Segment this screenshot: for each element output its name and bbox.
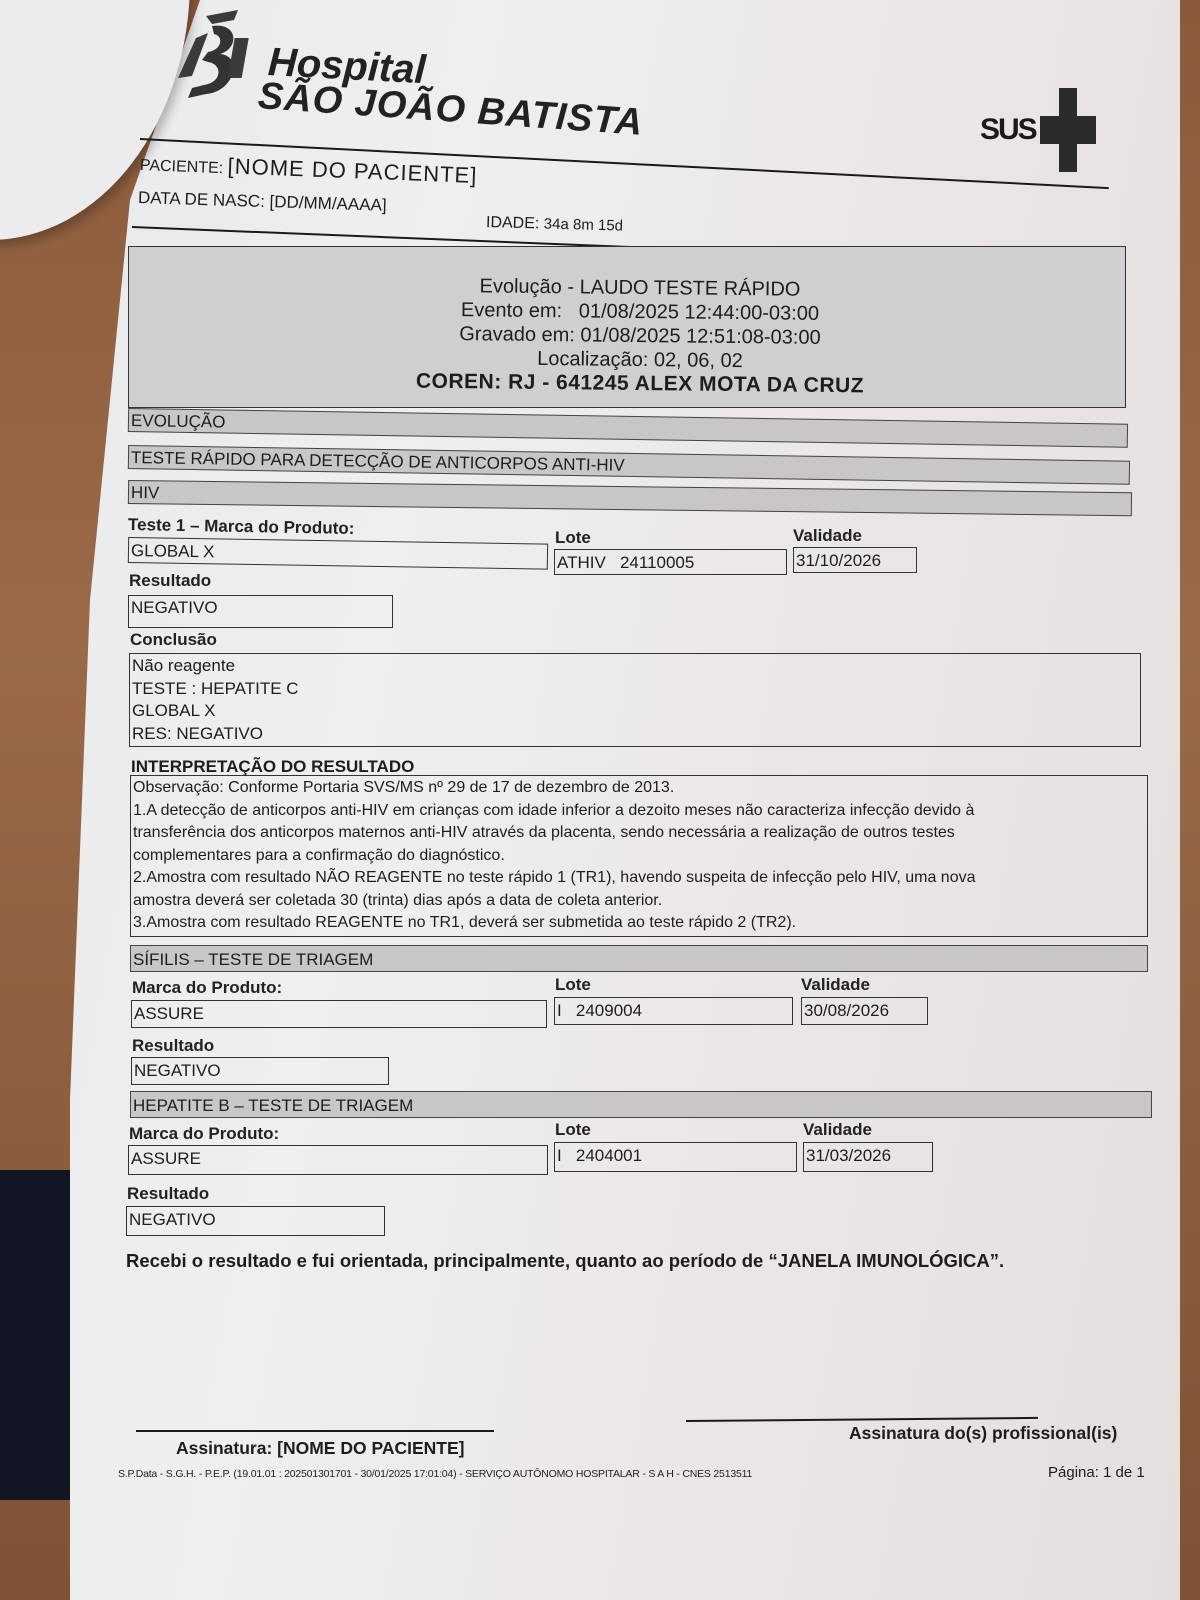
syphilis-brand-label: Marca do Produto:	[132, 978, 282, 998]
test1-result-label: Resultado	[129, 571, 211, 591]
interpretation-line: 3.Amostra com resultado REAGENTE no TR1,…	[133, 912, 1145, 935]
test1-result-field: NEGATIVO	[128, 595, 393, 628]
interpretation-line: 1.A detecção de anticorpos anti-HIV em c…	[133, 800, 1145, 823]
section-hepatitis-b: HEPATITE B – TESTE DE TRIAGEM	[130, 1091, 1152, 1118]
section-hiv: HIV	[128, 480, 1132, 516]
conclusion-line: RES: NEGATIVO	[132, 723, 1138, 746]
hepb-brand-field: ASSURE	[128, 1145, 548, 1175]
syphilis-lot-field: I 2409004	[554, 997, 793, 1025]
syphilis-expiry-field: 30/08/2026	[801, 997, 928, 1025]
event-details: Evolução - LAUDO TESTE RÁPIDO Evento em:…	[20, 276, 1200, 396]
age-value: 34a 8m 15d	[544, 216, 624, 235]
test1-brand-label: Teste 1 – Marca do Produto:	[128, 515, 355, 539]
hepb-lot-label: Lote	[555, 1120, 591, 1140]
conclusion-line: TESTE : HEPATITE C	[132, 678, 1138, 701]
interpretation-line: amostra deverá ser coletada 30 (trinta) …	[133, 890, 1145, 913]
birth-date-label: DATA DE NASC:	[138, 188, 265, 211]
conclusion-label: Conclusão	[130, 630, 217, 650]
patient-name: [NOME DO PACIENTE]	[227, 153, 478, 188]
conclusion-line: GLOBAL X	[132, 700, 1138, 723]
patient-name-label: PACIENTE:	[140, 157, 224, 177]
test1-expiry-field: 31/10/2026	[793, 547, 917, 573]
receipt-statement: Recebi o resultado e fui orientada, prin…	[126, 1250, 1004, 1272]
section-hiv-title: TESTE RÁPIDO PARA DETECÇÃO DE ANTICORPOS…	[128, 445, 1130, 485]
page-number: Página: 1 de 1	[1048, 1464, 1145, 1481]
hepb-result-label: Resultado	[127, 1184, 209, 1204]
test1-brand-field: GLOBAL X	[128, 537, 548, 570]
document-content: Hospital SÃO JOÃO BATISTA SUS PACIENTE: …	[0, 0, 1200, 1600]
professional-signature-label: Assinatura do(s) profissional(is)	[849, 1423, 1117, 1444]
hepb-expiry-field: 31/03/2026	[803, 1142, 933, 1172]
hospital-logo-icon	[168, 8, 258, 103]
section-syphilis: SÍFILIS – TESTE DE TRIAGEM	[130, 945, 1148, 972]
interpretation-line: complementares para a confirmação do dia…	[133, 845, 1145, 868]
sus-cross-icon	[1040, 88, 1096, 172]
hepb-result-field: NEGATIVO	[126, 1206, 385, 1236]
test1-lot-field: ATHIV 24110005	[554, 549, 787, 575]
birth-date-row: DATA DE NASC: [DD/MM/AAAA]	[138, 188, 387, 216]
hepb-lot-field: I 2404001	[554, 1142, 797, 1172]
professional-signature-line	[686, 1417, 1038, 1422]
interpretation-line: Observação: Conforme Portaria SVS/MS nº …	[133, 777, 1145, 800]
interpretation-line: transferência dos anticorpos maternos an…	[133, 822, 1145, 845]
interpretation-title: INTERPRETAÇÃO DO RESULTADO	[131, 757, 414, 777]
syphilis-lot-label: Lote	[555, 975, 591, 995]
conclusion-line: Não reagente	[132, 655, 1138, 678]
section-evolucao: EVOLUÇÃO	[128, 408, 1128, 448]
syphilis-brand-field: ASSURE	[131, 1000, 547, 1028]
patient-name-row: PACIENTE: [NOME DO PACIENTE]	[140, 150, 478, 189]
test1-expiry-label: Validade	[793, 526, 862, 546]
sus-logo: SUS	[980, 88, 1096, 172]
age-label: IDADE:	[486, 214, 540, 232]
system-footer: S.P.Data - S.G.H. - P.E.P. (19.01.01 : 2…	[118, 1468, 752, 1480]
patient-signature-label: Assinatura: [NOME DO PACIENTE]	[176, 1438, 464, 1459]
hepb-brand-label: Marca do Produto:	[129, 1124, 279, 1144]
hospital-name-line2: SÃO JOÃO BATISTA	[257, 75, 645, 145]
syphilis-result-field: NEGATIVO	[131, 1057, 389, 1085]
test1-lot-label: Lote	[555, 528, 591, 548]
sus-logo-text: SUS	[980, 113, 1036, 147]
birth-date-value: [DD/MM/AAAA]	[269, 192, 387, 215]
interpretation-box: Observação: Conforme Portaria SVS/MS nº …	[130, 775, 1148, 937]
age-row: IDADE: 34a 8m 15d	[486, 214, 623, 236]
hepb-expiry-label: Validade	[803, 1120, 872, 1140]
syphilis-expiry-label: Validade	[801, 975, 870, 995]
conclusion-box: Não reagente TESTE : HEPATITE C GLOBAL X…	[129, 653, 1141, 747]
syphilis-result-label: Resultado	[132, 1036, 214, 1056]
patient-signature-line	[136, 1430, 494, 1432]
interpretation-line: 2.Amostra com resultado NÃO REAGENTE no …	[133, 867, 1145, 890]
